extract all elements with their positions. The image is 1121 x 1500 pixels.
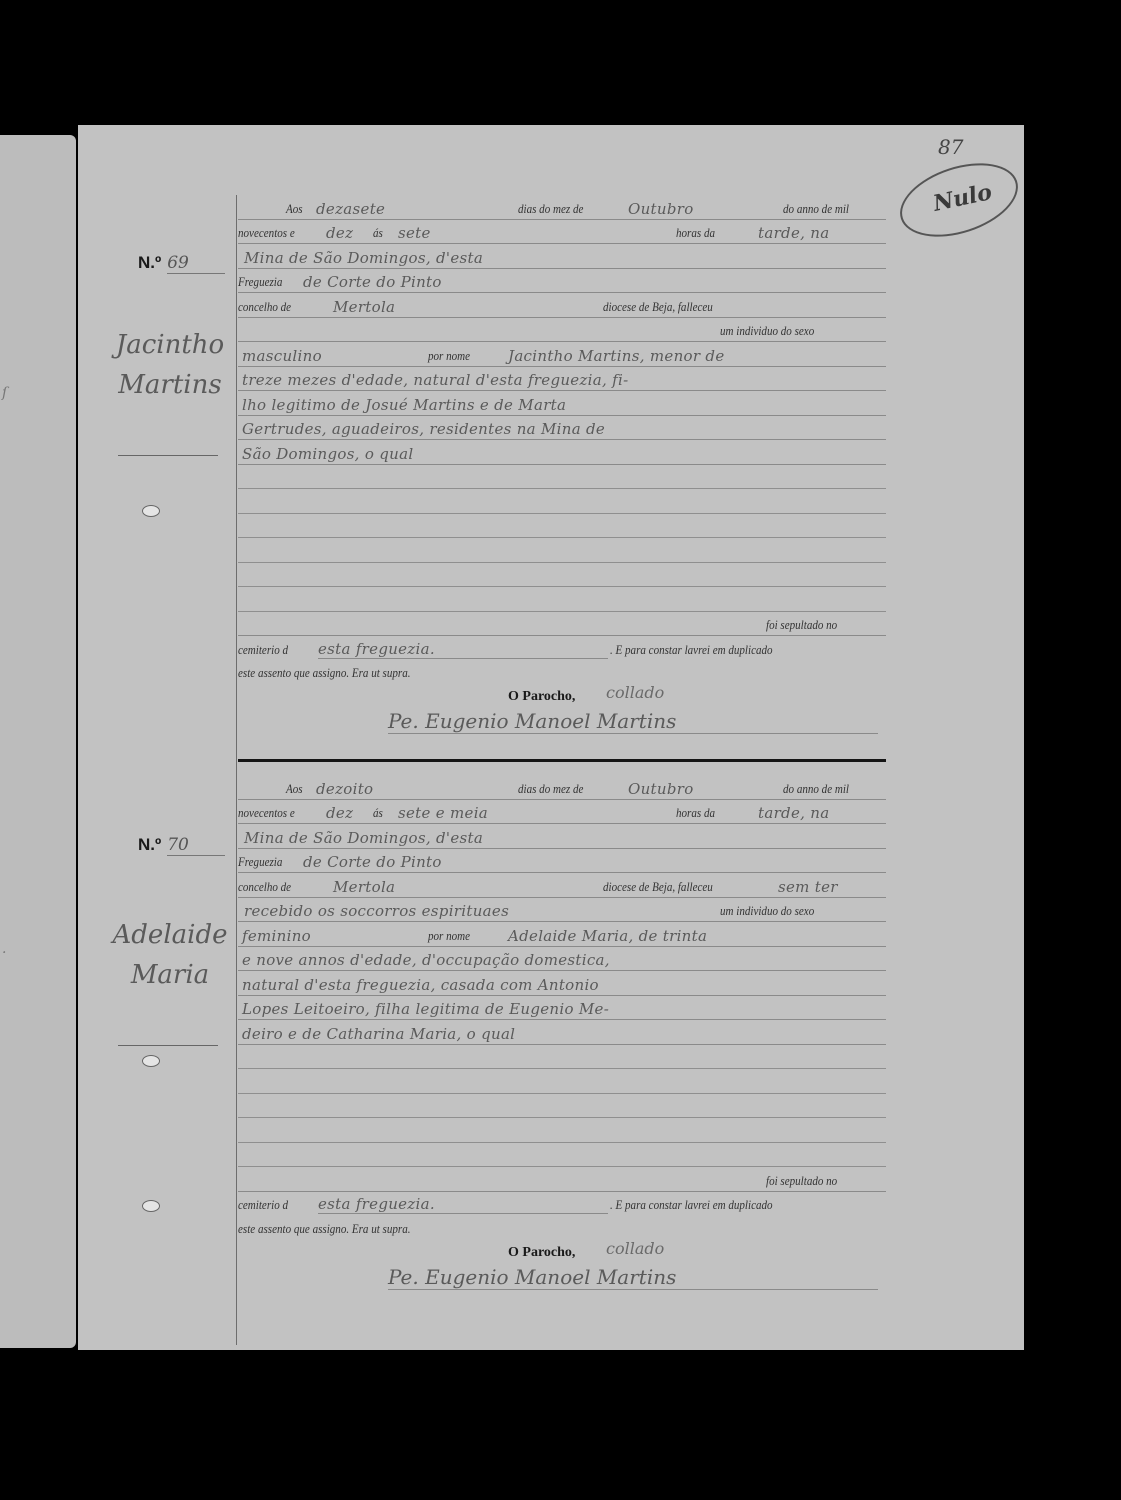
entry-number-label: N.º <box>138 835 161 854</box>
blank-line <box>238 587 886 612</box>
label-individuo: um individuo do sexo <box>720 323 814 339</box>
name-value: Adelaide Maria, de trinta <box>508 927 707 945</box>
place-value: Mina de São Domingos, d'esta <box>244 249 483 267</box>
label-por-nome: por nome <box>428 928 470 944</box>
sex-value: feminino <box>242 927 311 945</box>
label-aos: Aos <box>286 201 303 217</box>
label-mez: dias do mez de <box>518 781 583 797</box>
blank-line <box>238 514 886 539</box>
label-diocese: diocese de Beja, falleceu <box>603 879 713 895</box>
name-value: Jacintho Martins, menor de <box>508 347 725 365</box>
binding-hole <box>142 1200 160 1212</box>
label-sepultado: foi sepultado no <box>766 617 837 633</box>
form-line: masculino por nome Jacintho Martins, men… <box>238 342 886 367</box>
margin-flourish <box>118 1045 218 1046</box>
left-page-ink-mark: ſ <box>2 385 7 401</box>
day-value: dezasete <box>316 200 385 218</box>
form-line: e nove annos d'edade, d'occupação domest… <box>238 947 886 972</box>
signature-block: O Parocho, collado Pe. Eugenio Manoel Ma… <box>238 683 886 753</box>
label-horas: horas da <box>676 805 715 821</box>
blank-line <box>238 1143 886 1168</box>
label-as: ás <box>373 805 383 821</box>
parocho-label: O Parocho, <box>508 1245 575 1261</box>
death-entry: Aos dezasete dias do mez de Outubro do a… <box>238 195 886 762</box>
label-anno: do anno de mil <box>783 201 849 217</box>
margin-surname: Martins <box>100 365 240 405</box>
label-freguezia: Freguezia <box>238 274 282 290</box>
margin-deceased-name: JacinthoMartins <box>100 325 240 405</box>
form-line: Gertrudes, aguadeiros, residentes na Min… <box>238 416 886 441</box>
label-individuo: um individuo do sexo <box>720 903 814 919</box>
place-value: Mina de São Domingos, d'esta <box>244 829 483 847</box>
binding-hole <box>142 505 160 517</box>
blank-line <box>238 489 886 514</box>
form-line: deiro e de Catharina Maria, o qual <box>238 1020 886 1045</box>
entry-separator <box>238 759 886 762</box>
form-line: novecentos e dez ás sete horas da tarde,… <box>238 220 886 245</box>
blank-line <box>238 465 886 490</box>
label-novecentos: novecentos e <box>238 225 295 241</box>
form-line: Mina de São Domingos, d'esta <box>238 244 886 269</box>
label-por-nome: por nome <box>428 348 470 364</box>
blank-line <box>238 1094 886 1119</box>
margin-flourish <box>118 455 218 456</box>
narrative-line: Lopes Leitoeiro, filha legitima de Eugen… <box>242 1000 609 1018</box>
label-mez: dias do mez de <box>518 201 583 217</box>
label-freguezia: Freguezia <box>238 854 282 870</box>
blank-line <box>238 538 886 563</box>
month-value: Outubro <box>628 200 694 218</box>
falleceu-extra-value: recebido os soccorros espirituaes <box>244 902 509 920</box>
label-sepultado: foi sepultado no <box>766 1173 837 1189</box>
period-value: tarde, na <box>758 224 829 242</box>
entry-number: N.º69 <box>138 253 225 274</box>
form-line: feminino por nome Adelaide Maria, de tri… <box>238 922 886 947</box>
label-aos: Aos <box>286 781 303 797</box>
form-line: Aos dezasete dias do mez de Outubro do a… <box>238 195 886 220</box>
margin-surname: Maria <box>100 955 240 995</box>
collado-annotation: collado <box>606 1239 664 1258</box>
entry-number-label: N.º <box>138 253 161 272</box>
form-line: concelho de Mertola diocese de Beja, fal… <box>238 293 886 318</box>
sex-value: masculino <box>242 347 322 365</box>
margin-first-name: Adelaide <box>100 915 240 955</box>
entry-number: N.º70 <box>138 835 225 856</box>
label-assento: este assento que assigno. Era ut supra. <box>238 665 411 681</box>
form-line: novecentos e dez ás sete e meia horas da… <box>238 800 886 825</box>
narrative-line: treze mezes d'edade, natural d'esta freg… <box>242 371 628 389</box>
signature-block: O Parocho, collado Pe. Eugenio Manoel Ma… <box>238 1239 886 1309</box>
death-entry: Aos dezoito dias do mez de Outubro do an… <box>238 775 886 1309</box>
form-line: este assento que assigno. Era ut supra. <box>238 1215 886 1239</box>
cemetery-value: esta freguezia. <box>318 1195 608 1214</box>
cemetery-value: esta freguezia. <box>318 640 608 659</box>
day-value: dezoito <box>316 780 373 798</box>
priest-signature: Pe. Eugenio Manoel Martins <box>388 709 878 734</box>
form-line: um individuo do sexo <box>238 318 886 343</box>
month-value: Outubro <box>628 780 694 798</box>
label-constar: . E para constar lavrei em duplicado <box>610 1197 773 1213</box>
falleceu-extra-value: sem ter <box>778 878 838 896</box>
margin-deceased-name: AdelaideMaria <box>100 915 240 995</box>
form-line: cemiterio d esta freguezia. . E para con… <box>238 1192 886 1216</box>
year-value: dez <box>326 804 353 822</box>
form-line: concelho de Mertola diocese de Beja, fal… <box>238 873 886 898</box>
left-page-ink-mark: · <box>2 945 6 961</box>
form-line: foi sepultado no <box>238 1167 886 1192</box>
form-line: Mina de São Domingos, d'esta <box>238 824 886 849</box>
binding-hole <box>142 1055 160 1067</box>
label-cemiterio: cemiterio d <box>238 642 288 658</box>
narrative-line: e nove annos d'edade, d'occupação domest… <box>242 951 610 969</box>
label-novecentos: novecentos e <box>238 805 295 821</box>
label-anno: do anno de mil <box>783 781 849 797</box>
form-line: Aos dezoito dias do mez de Outubro do an… <box>238 775 886 800</box>
collado-annotation: collado <box>606 683 664 702</box>
form-line: Freguezia de Corte do Pinto <box>238 849 886 874</box>
form-line: São Domingos, o qual <box>238 440 886 465</box>
register-page: 87 Nulo N.º69 JacinthoMartins N.º70 Adel… <box>78 125 1024 1350</box>
narrative-line: Gertrudes, aguadeiros, residentes na Min… <box>242 420 605 438</box>
margin-first-name: Jacintho <box>100 325 240 365</box>
form-line: recebido os soccorros espirituaes um ind… <box>238 898 886 923</box>
label-constar: . E para constar lavrei em duplicado <box>610 642 773 658</box>
form-line: Freguezia de Corte do Pinto <box>238 269 886 294</box>
municipality-value: Mertola <box>333 878 395 896</box>
blank-line <box>238 1069 886 1094</box>
form-line: este assento que assigno. Era ut supra. <box>238 660 886 684</box>
narrative-line: São Domingos, o qual <box>242 445 413 463</box>
parish-value: de Corte do Pinto <box>303 853 442 871</box>
entry-number-value: 69 <box>167 253 225 274</box>
label-diocese: diocese de Beja, falleceu <box>603 299 713 315</box>
form-line: cemiterio d esta freguezia. . E para con… <box>238 636 886 660</box>
form-line: treze mezes d'edade, natural d'esta freg… <box>238 367 886 392</box>
form-line: natural d'esta freguezia, casada com Ant… <box>238 971 886 996</box>
label-concelho: concelho de <box>238 299 291 315</box>
form-line: foi sepultado no <box>238 612 886 637</box>
blank-line <box>238 1045 886 1070</box>
label-cemiterio: cemiterio d <box>238 1197 288 1213</box>
narrative-line: natural d'esta freguezia, casada com Ant… <box>242 976 599 994</box>
municipality-value: Mertola <box>333 298 395 316</box>
label-horas: horas da <box>676 225 715 241</box>
priest-signature: Pe. Eugenio Manoel Martins <box>388 1265 878 1290</box>
hour-value: sete e meia <box>398 804 488 822</box>
period-value: tarde, na <box>758 804 829 822</box>
folio-number: 87 <box>938 135 963 159</box>
hour-value: sete <box>398 224 431 242</box>
blank-line <box>238 1118 886 1143</box>
year-value: dez <box>326 224 353 242</box>
parish-value: de Corte do Pinto <box>303 273 442 291</box>
label-assento: este assento que assigno. Era ut supra. <box>238 1221 411 1237</box>
narrative-line: lho legitimo de Josué Martins e de Marta <box>242 396 566 414</box>
parocho-label: O Parocho, <box>508 689 575 705</box>
entry-number-value: 70 <box>167 835 225 856</box>
form-line: lho legitimo de Josué Martins e de Marta <box>238 391 886 416</box>
left-page-edge: ſ · <box>0 135 76 1348</box>
label-as: ás <box>373 225 383 241</box>
form-line: Lopes Leitoeiro, filha legitima de Eugen… <box>238 996 886 1021</box>
blank-line <box>238 563 886 588</box>
narrative-line: deiro e de Catharina Maria, o qual <box>242 1025 515 1043</box>
label-concelho: concelho de <box>238 879 291 895</box>
